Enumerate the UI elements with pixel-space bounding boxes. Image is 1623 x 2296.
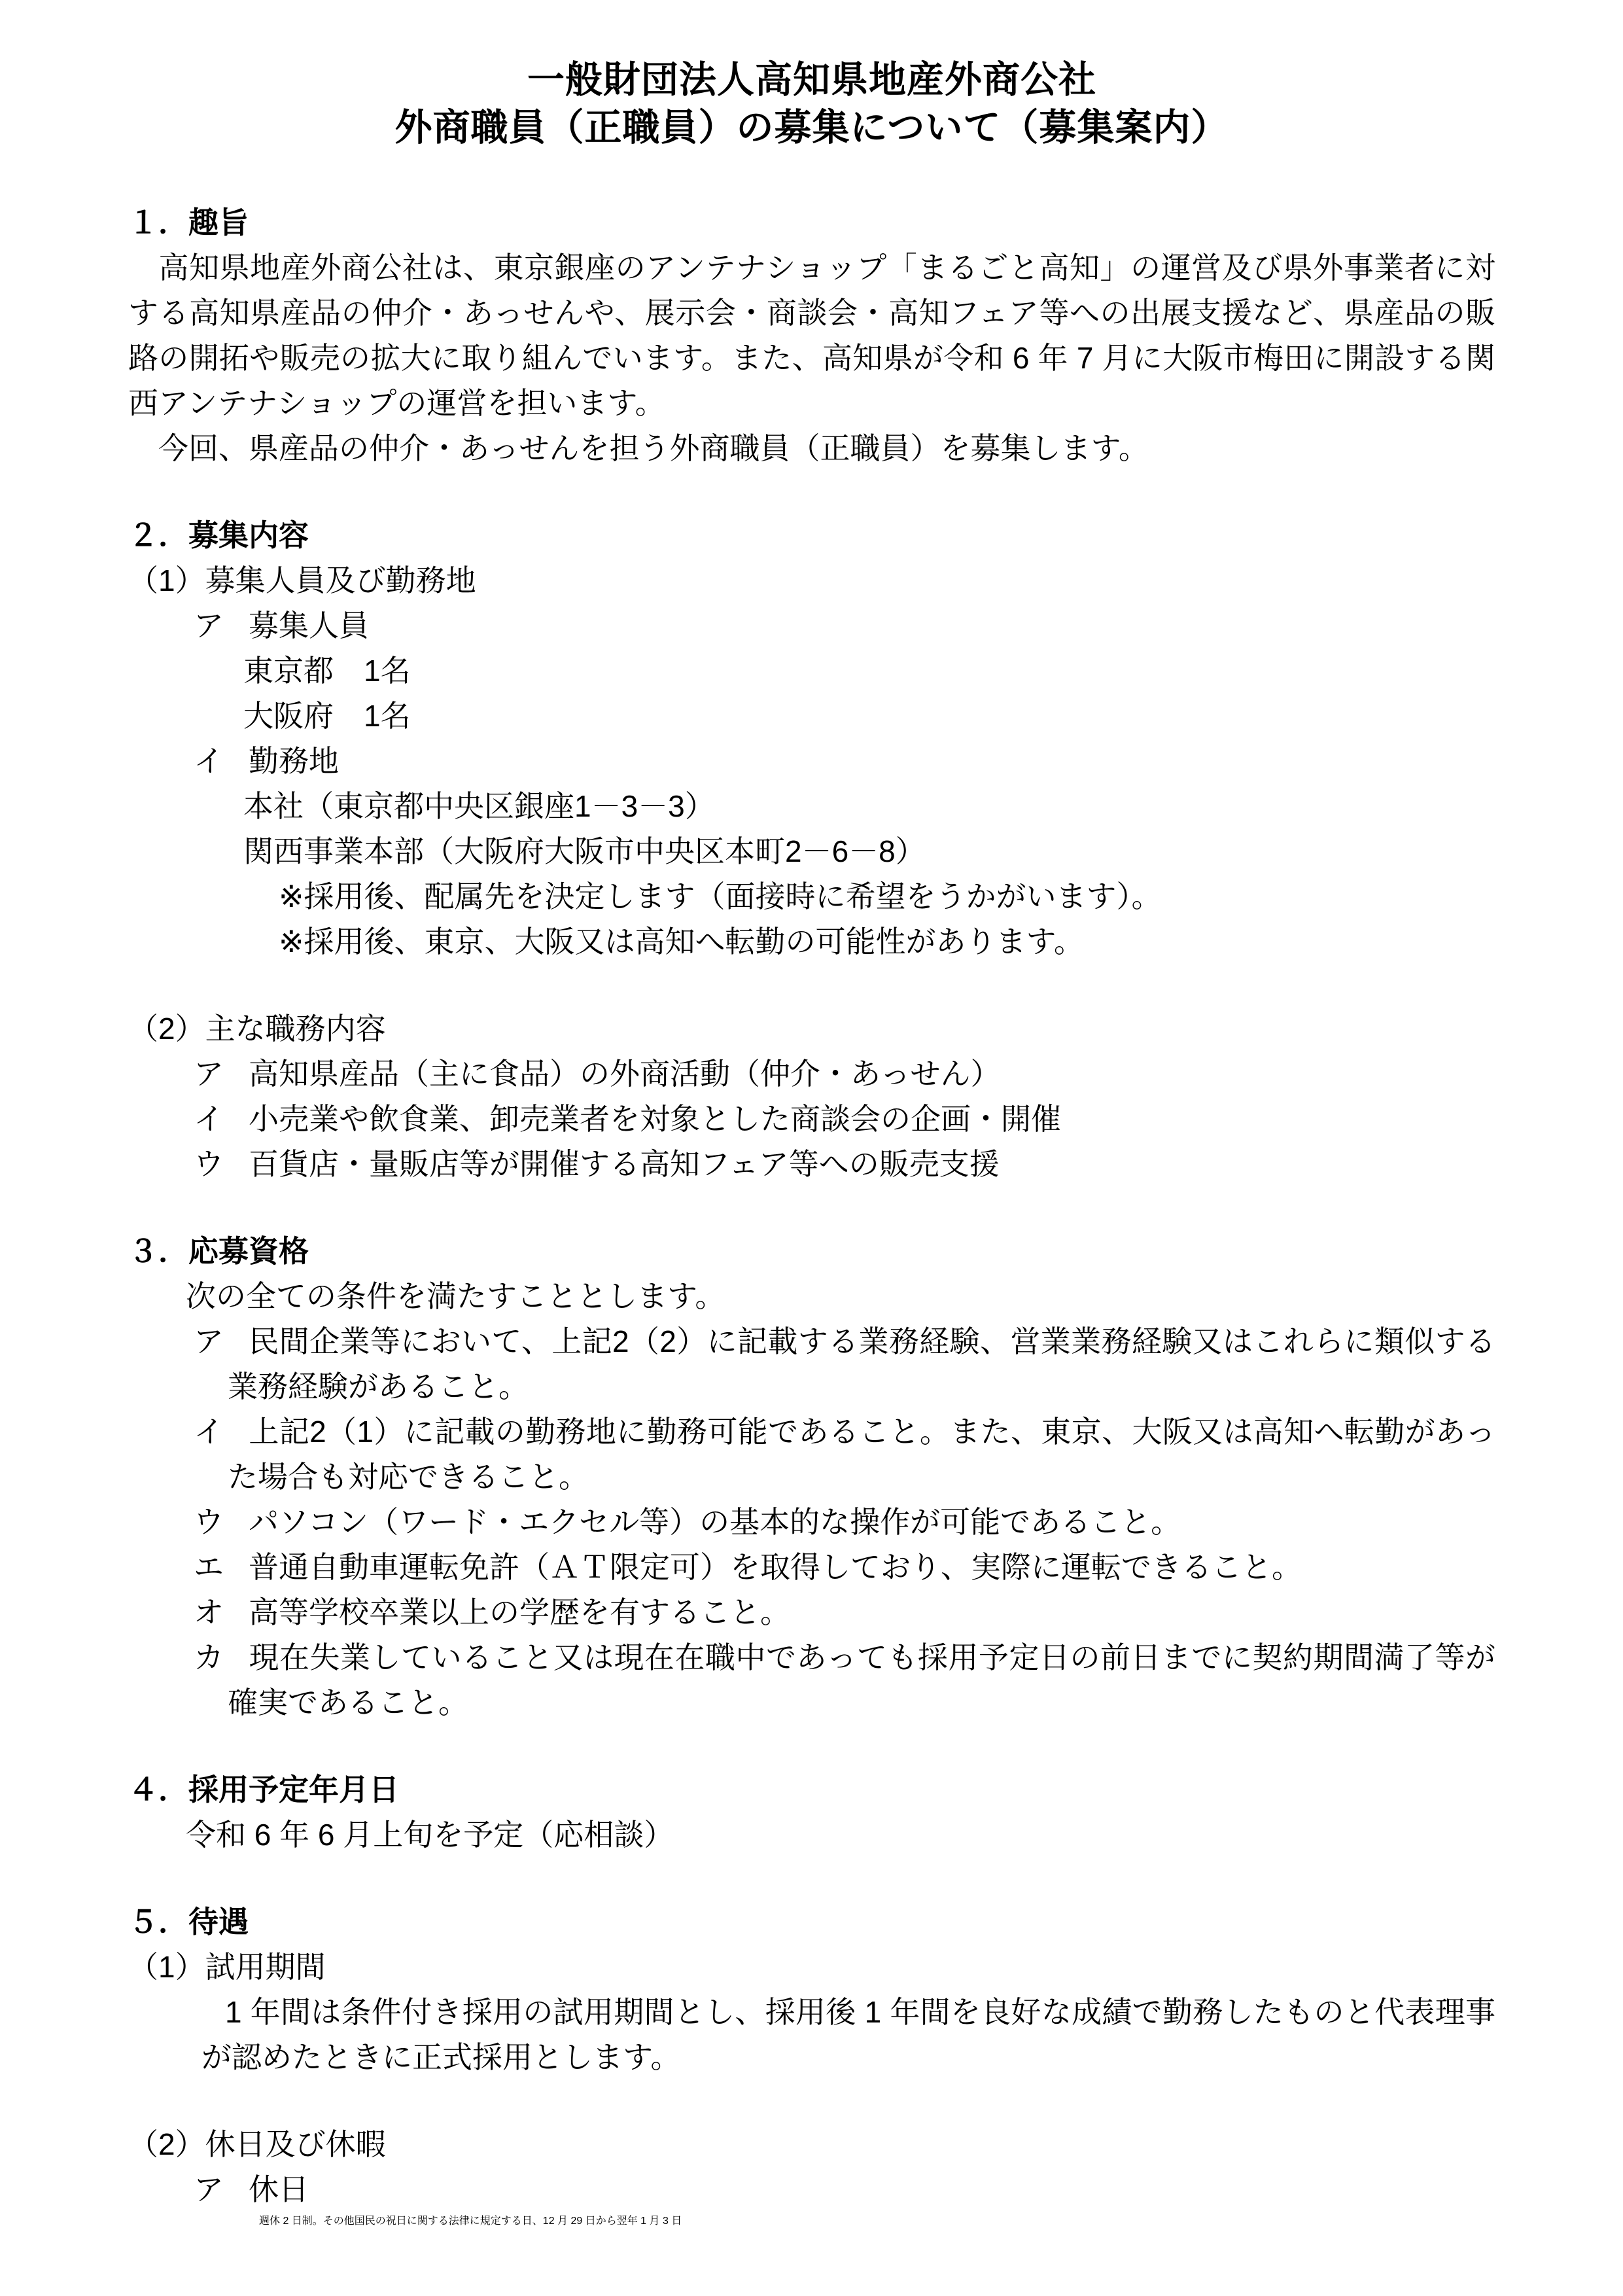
list-item-label: イ (194, 1415, 224, 1449)
list-item: ア高知県産品（主に食品）の外商活動（仲介・あっせん） (128, 1051, 1495, 1097)
section-2-heading: ２．募集内容 (128, 513, 1495, 558)
list-item: オ高等学校卒業以上の学歴を有すること。 (128, 1590, 1495, 1635)
section-5-group-1-body: 1 年間は条件付き採用の試用期間とし、採用後 1 年間を良好な成績で勤務したもの… (128, 1990, 1495, 2080)
sub-line: 関西事業本部（大阪府大阪市中央区本町2－6－8） (128, 829, 1495, 874)
section-3-heading: ３．応募資格 (128, 1229, 1495, 1274)
list-item-text: 百貨店・量販店等が開催する高知フェア等への販売支援 (249, 1147, 1000, 1181)
list-item-text: 募集人員 (249, 609, 369, 643)
list-item-label: イ (194, 1102, 224, 1136)
sub-line: 本社（東京都中央区銀座1－3－3） (128, 784, 1495, 829)
title-line-1: 一般財団法人高知県地産外商公社 (128, 56, 1495, 104)
sub-line: 大阪府 1名 (128, 694, 1495, 739)
list-item: エ普通自動車運転免許（ＡＴ限定可）を取得しており、実際に運転できること。 (128, 1545, 1495, 1590)
list-item: ア休日 (128, 2167, 1495, 2212)
list-item-text: 小売業や飲食業、卸売業者を対象とした商談会の企画・開催 (249, 1102, 1061, 1136)
list-item-text: 高知県産品（主に食品）の外商活動（仲介・あっせん） (249, 1057, 1001, 1091)
list-item-label: ウ (194, 1505, 224, 1539)
section-2-group-1-heading: （1）募集人員及び勤務地 (128, 558, 1495, 603)
list-item-label: ウ (194, 1147, 224, 1181)
list-item-label: ア (194, 609, 224, 643)
list-item-text: 高等学校卒業以上の学歴を有すること。 (249, 1595, 790, 1629)
section-1-heading: １．趣旨 (128, 200, 1495, 245)
list-item-text: 民間企業等において、上記2（2）に記載する業務経験、営業業務経験又はこれらに類似… (228, 1324, 1495, 1404)
list-item-text: 勤務地 (249, 744, 339, 778)
title-line-2: 外商職員（正職員）の募集について（募集案内） (128, 104, 1495, 152)
list-item: ウパソコン（ワード・エクセル等）の基本的な操作が可能であること。 (128, 1500, 1495, 1545)
list-item-text: 現在失業していること又は現在在職中であっても採用予定日の前日までに契約期間満了等… (228, 1640, 1495, 1720)
list-item-text: 休日 (249, 2172, 309, 2206)
list-item-text: パソコン（ワード・エクセル等）の基本的な操作が可能であること。 (249, 1505, 1181, 1539)
note-line: ※採用後、東京、大阪又は高知へ転勤の可能性があります。 (128, 919, 1495, 964)
section-2-group-2-heading: （2）主な職務内容 (128, 1006, 1495, 1051)
list-item: ア募集人員 (128, 603, 1495, 648)
list-item: カ現在失業していること又は現在在職中であっても採用予定日の前日までに契約期間満了… (128, 1635, 1495, 1725)
list-item-text: 普通自動車運転免許（ＡＴ限定可）を取得しており、実際に運転できること。 (249, 1550, 1302, 1584)
list-item-label: ア (194, 2172, 224, 2206)
list-item-label: カ (194, 1640, 224, 1674)
section-4-body: 令和 6 年 6 月上旬を予定（応相談） (128, 1812, 1495, 1858)
document-title: 一般財団法人高知県地産外商公社 外商職員（正職員）の募集について（募集案内） (128, 56, 1495, 152)
blank-line (128, 1858, 1495, 1899)
list-item: ウ百貨店・量販店等が開催する高知フェア等への販売支援 (128, 1142, 1495, 1187)
list-item-label: ア (194, 1324, 224, 1358)
blank-line (128, 471, 1495, 513)
blank-line (128, 2080, 1495, 2122)
sub-line: 東京都 1名 (128, 648, 1495, 694)
section-5-heading: ５．待遇 (128, 1899, 1495, 1945)
list-item: イ上記2（1）に記載の勤務地に勤務可能であること。また、東京、大阪又は高知へ転勤… (128, 1409, 1495, 1500)
list-item-label: イ (194, 744, 224, 778)
note-line: ※採用後、配属先を決定します（面接時に希望をうかがいます）。 (128, 874, 1495, 919)
list-item: イ小売業や飲食業、卸売業者を対象とした商談会の企画・開催 (128, 1097, 1495, 1142)
blank-line (128, 964, 1495, 1006)
section-4-heading: ４．採用予定年月日 (128, 1767, 1495, 1812)
section-3-intro: 次の全ての条件を満たすこととします。 (128, 1274, 1495, 1319)
list-item-label: オ (194, 1595, 224, 1629)
blank-line (128, 1187, 1495, 1229)
list-item-text: 上記2（1）に記載の勤務地に勤務可能であること。また、東京、大阪又は高知へ転勤が… (228, 1415, 1495, 1494)
blank-line (128, 1725, 1495, 1767)
section-5-group-1-heading: （1）試用期間 (128, 1945, 1495, 1990)
list-item-label: エ (194, 1550, 224, 1584)
section-1-paragraph-2: 今回、県産品の仲介・あっせんを担う外商職員（正職員）を募集します。 (128, 426, 1495, 471)
list-item: ア民間企業等において、上記2（2）に記載する業務経験、営業業務経験又はこれらに類… (128, 1319, 1495, 1409)
section-5-group-2-heading: （2）休日及び休暇 (128, 2122, 1495, 2167)
document-page: 一般財団法人高知県地産外商公社 外商職員（正職員）の募集について（募集案内） １… (0, 0, 1623, 2296)
list-item: イ勤務地 (128, 739, 1495, 784)
section-1-paragraph-1: 高知県地産外商公社は、東京銀座のアンテナショップ「まるごと高知」の運営及び県外事… (128, 245, 1495, 426)
section-5-group-2-body: 週休 2 日制。その他国民の祝日に関する法律に規定する日、12 月 29 日から… (128, 2212, 1495, 2227)
list-item-label: ア (194, 1057, 224, 1091)
